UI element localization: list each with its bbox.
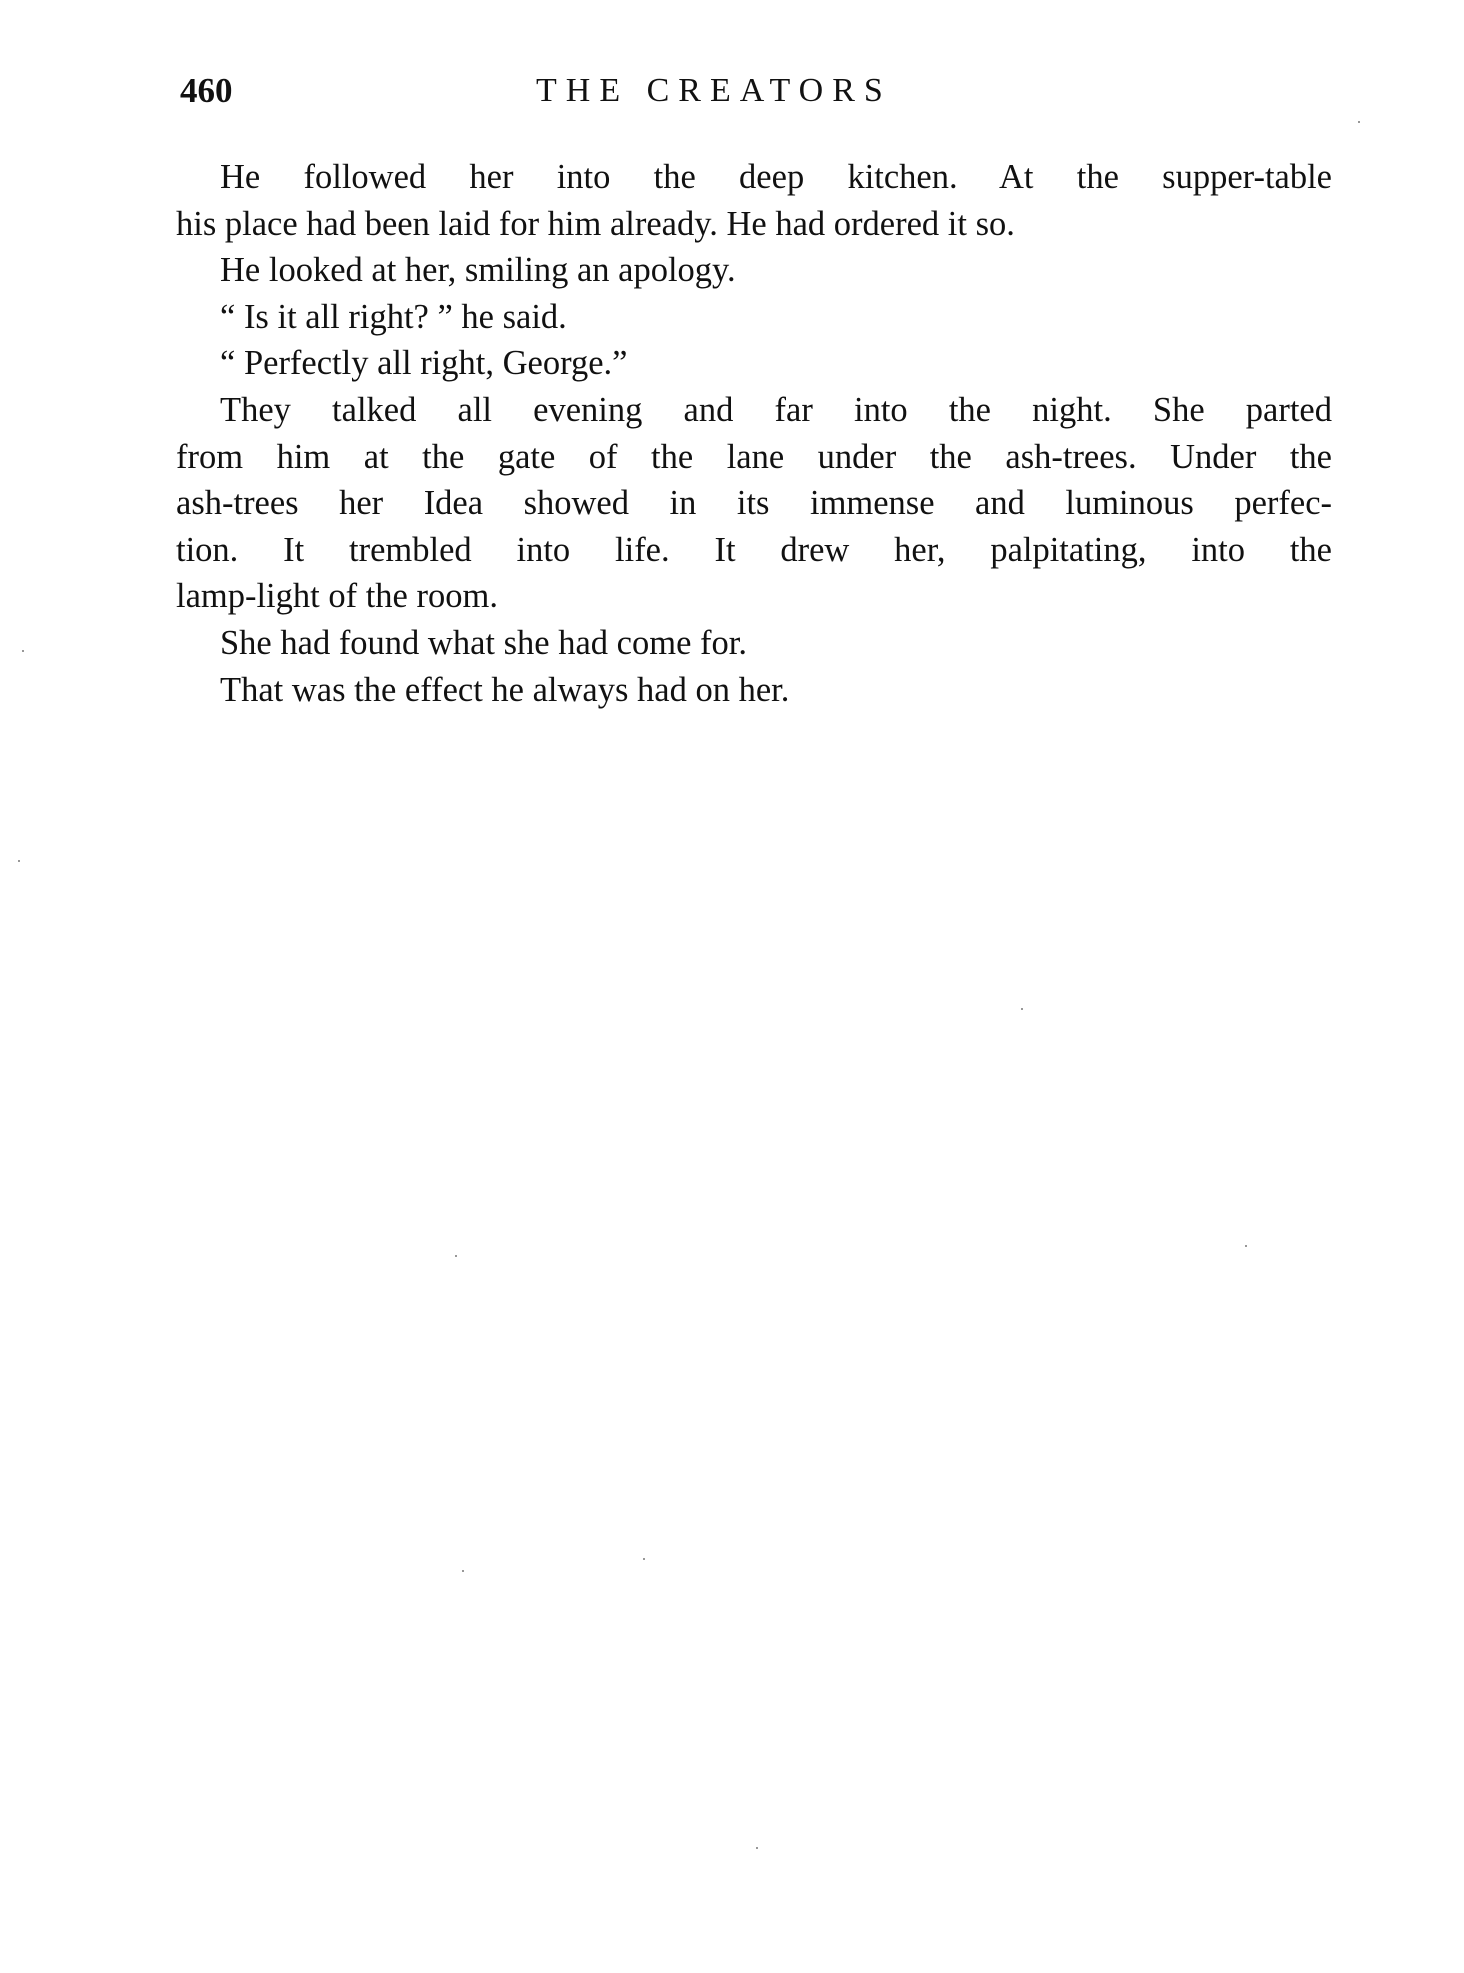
scan-speck [18,860,20,862]
scan-speck [455,1255,457,1257]
scan-speck [1358,121,1360,123]
text-line: They talked all evening and far into the… [176,387,1332,434]
text-line: He followed her into the deep kitchen. A… [176,154,1332,201]
text-line: from him at the gate of the lane under t… [176,434,1332,481]
scan-speck [756,1847,758,1849]
running-head: 460 THE CREATORS [176,66,1331,116]
book-page: 460 THE CREATORS He followed her into th… [0,0,1464,1973]
text-line: “ Perfectly all right, George.” [176,340,1332,387]
scan-speck [1245,1245,1247,1247]
text-line: his place had been laid for him already.… [176,201,1332,248]
text-line: He looked at her, smiling an apology. [176,247,1332,294]
text-line: tion. It trembled into life. It drew her… [176,527,1332,574]
body-text: He followed her into the deep kitchen. A… [176,154,1332,713]
text-line: That was the effect he always had on her… [176,667,1332,714]
scan-speck [22,650,24,652]
text-line: ash-trees her Idea showed in its immense… [176,480,1332,527]
scan-speck [643,1558,645,1560]
text-line: “ Is it all right? ” he said. [176,294,1332,341]
text-line: lamp-light of the room. [176,573,1332,620]
page-number: 460 [180,66,233,116]
scan-speck [462,1570,464,1572]
text-line: She had found what she had come for. [176,620,1332,667]
running-title: THE CREATORS [536,66,892,116]
scan-speck [1021,1008,1023,1010]
